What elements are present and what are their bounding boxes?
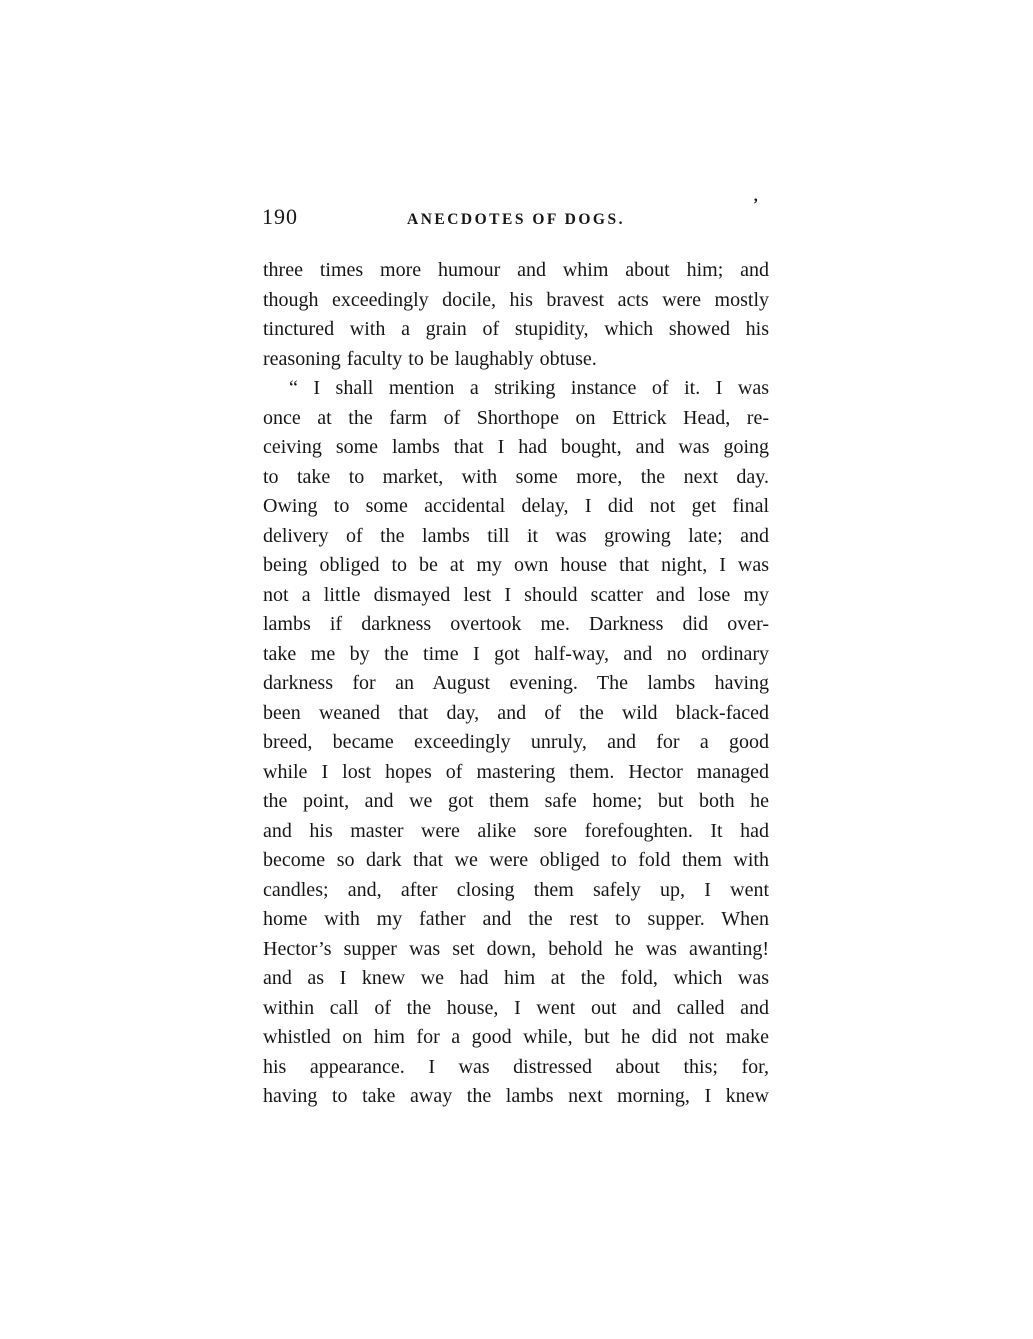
text-line: while I lost hopes of mastering them. He… [263, 758, 769, 788]
text-line: Hector’s supper was set down, behold he … [263, 935, 769, 965]
text-line: been weaned that day, and of the wild bl… [263, 699, 769, 729]
text-line: breed, became exceedingly unruly, and fo… [263, 728, 769, 758]
text-line: once at the farm of Shorthope on Ettrick… [263, 404, 769, 434]
text-line: tinctured with a grain of stupidity, whi… [263, 315, 769, 345]
text-line: candles; and, after closing them safely … [263, 876, 769, 906]
text-line: though exceedingly docile, his bravest a… [263, 286, 769, 316]
stray-ink-mark: ’ [753, 196, 758, 214]
text-line: “ I shall mention a striking instance of… [263, 374, 769, 404]
text-line: within call of the house, I went out and… [263, 994, 769, 1024]
text-line: being obliged to be at my own house that… [263, 551, 769, 581]
page-body: three times more humour and whim about h… [263, 256, 769, 1112]
running-title: ANECDOTES OF DOGS. [263, 211, 769, 229]
text-line: ceiving some lambs that I had bought, an… [263, 433, 769, 463]
text-line: whistled on him for a good while, but he… [263, 1023, 769, 1053]
text-line: the point, and we got them safe home; bu… [263, 787, 769, 817]
text-line: darkness for an August evening. The lamb… [263, 669, 769, 699]
text-line: to take to market, with some more, the n… [263, 463, 769, 493]
text-line: lambs if darkness overtook me. Darkness … [263, 610, 769, 640]
text-line: Owing to some accidental delay, I did no… [263, 492, 769, 522]
text-line: become so dark that we were obliged to f… [263, 846, 769, 876]
text-line: three times more humour and whim about h… [263, 256, 769, 286]
text-line: not a little dismayed lest I should scat… [263, 581, 769, 611]
text-line: his appearance. I was distressed about t… [263, 1053, 769, 1083]
text-line: delivery of the lambs till it was growin… [263, 522, 769, 552]
text-line: take me by the time I got half-way, and … [263, 640, 769, 670]
text-line: and his master were alike sore forefough… [263, 817, 769, 847]
text-line: home with my father and the rest to supp… [263, 905, 769, 935]
text-line: having to take away the lambs next morni… [263, 1082, 769, 1112]
book-page: 190 ANECDOTES OF DOGS. ’ three times mor… [0, 0, 1033, 1339]
text-line: reasoning faculty to be laughably obtuse… [263, 345, 769, 375]
text-line: and as I knew we had him at the fold, wh… [263, 964, 769, 994]
